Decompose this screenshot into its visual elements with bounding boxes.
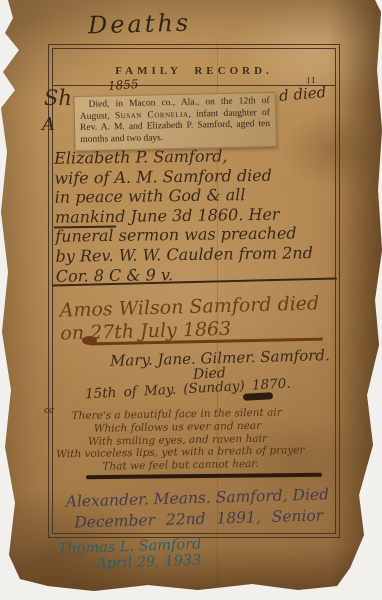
family-record-header: FAMILY RECORD. (53, 49, 335, 86)
susan-handwriting-mark: 11 (306, 76, 317, 86)
document-page: Deaths FAMILY RECORD. 1855 Sh A d died 1… (0, 0, 382, 600)
page-title-handwritten: Deaths (88, 9, 192, 40)
thomas-date-line: April 29, 1933 (96, 553, 202, 572)
thomas-entry: Thomas L. Samford April 29, 1933 (58, 538, 203, 574)
scanned-page-photo: Deaths FAMILY RECORD. 1855 Sh A d died 1… (0, 0, 382, 600)
elizabeth-entry: Elizabeth P. Samford, wife of A. M. Samf… (54, 145, 313, 286)
clipping-name: Susan Cornelia (115, 109, 189, 121)
elizabeth-line: by Rev. W. W. Caulden from 2nd (55, 243, 313, 266)
newspaper-obituary-clipping: Died, in Macon co., Ala., on the 12th of… (73, 92, 276, 151)
alexander-entry: Alexander. Means. Samford, Died December… (65, 484, 329, 532)
memorial-poem: There's a beautiful face in the silent a… (49, 405, 342, 474)
susan-handwriting-fragment-left-top: Sh (44, 86, 72, 110)
susan-year-note: 1855 (108, 77, 139, 93)
susan-handwriting-fragment-left-bottom: A (42, 114, 55, 135)
